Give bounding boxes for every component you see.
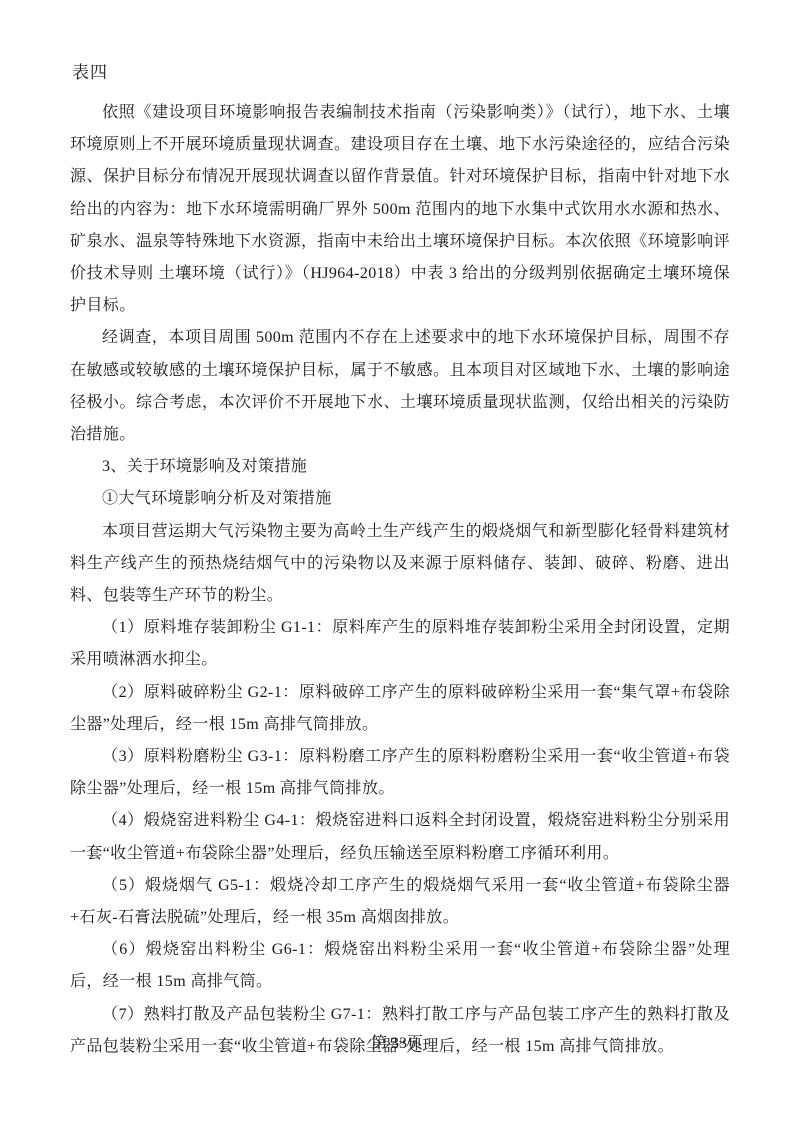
paragraph-8: （3）原料粉磨粉尘 G3-1：原料粉磨工序产生的原料粉磨粉尘采用一套“收尘管道+… xyxy=(70,741,730,805)
paragraph-4: ①大气环境影响分析及对策措施 xyxy=(70,483,730,515)
paragraph-11: （6）煅烧窑出料粉尘 G6-1：煅烧窑出料粉尘采用一套“收尘管道+布袋除尘器”处… xyxy=(70,934,730,998)
paragraph-10: （5）煅烧烟气 G5-1：煅烧冷却工序产生的煅烧烟气采用一套“收尘管道+布袋除尘… xyxy=(70,870,730,934)
document-page: 表四 依照《建设项目环境影响报告表编制技术指南（污染影响类）》（试行），地下水、… xyxy=(0,0,794,1123)
paragraph-9: （4）煅烧窑进料粉尘 G4-1：煅烧窑进料口返料全封闭设置，煅烧窑进料粉尘分别采… xyxy=(70,805,730,869)
paragraph-7: （2）原料破碎粉尘 G2-1：原料破碎工序产生的原料破碎粉尘采用一套“集气罩+布… xyxy=(70,677,730,741)
paragraph-5: 本项目营运期大气污染物主要为高岭土生产线产生的煅烧烟气和新型膨化轻骨料建筑材料生… xyxy=(70,516,730,613)
page-number: 第 33页 xyxy=(0,1034,794,1054)
document-body: 依照《建设项目环境影响报告表编制技术指南（污染影响类）》（试行），地下水、土壤环… xyxy=(70,97,730,1063)
paragraph-6: （1）原料堆存装卸粉尘 G1-1：原料库产生的原料堆存装卸粉尘采用全封闭设置，定… xyxy=(70,612,730,676)
form-section-label: 表四 xyxy=(72,58,108,83)
paragraph-3: 3、关于环境影响及对策措施 xyxy=(70,451,730,483)
paragraph-1: 依照《建设项目环境影响报告表编制技术指南（污染影响类）》（试行），地下水、土壤环… xyxy=(70,97,730,322)
paragraph-2: 经调查，本项目周围 500m 范围内不存在上述要求中的地下水环境保护目标，周围不… xyxy=(70,322,730,451)
